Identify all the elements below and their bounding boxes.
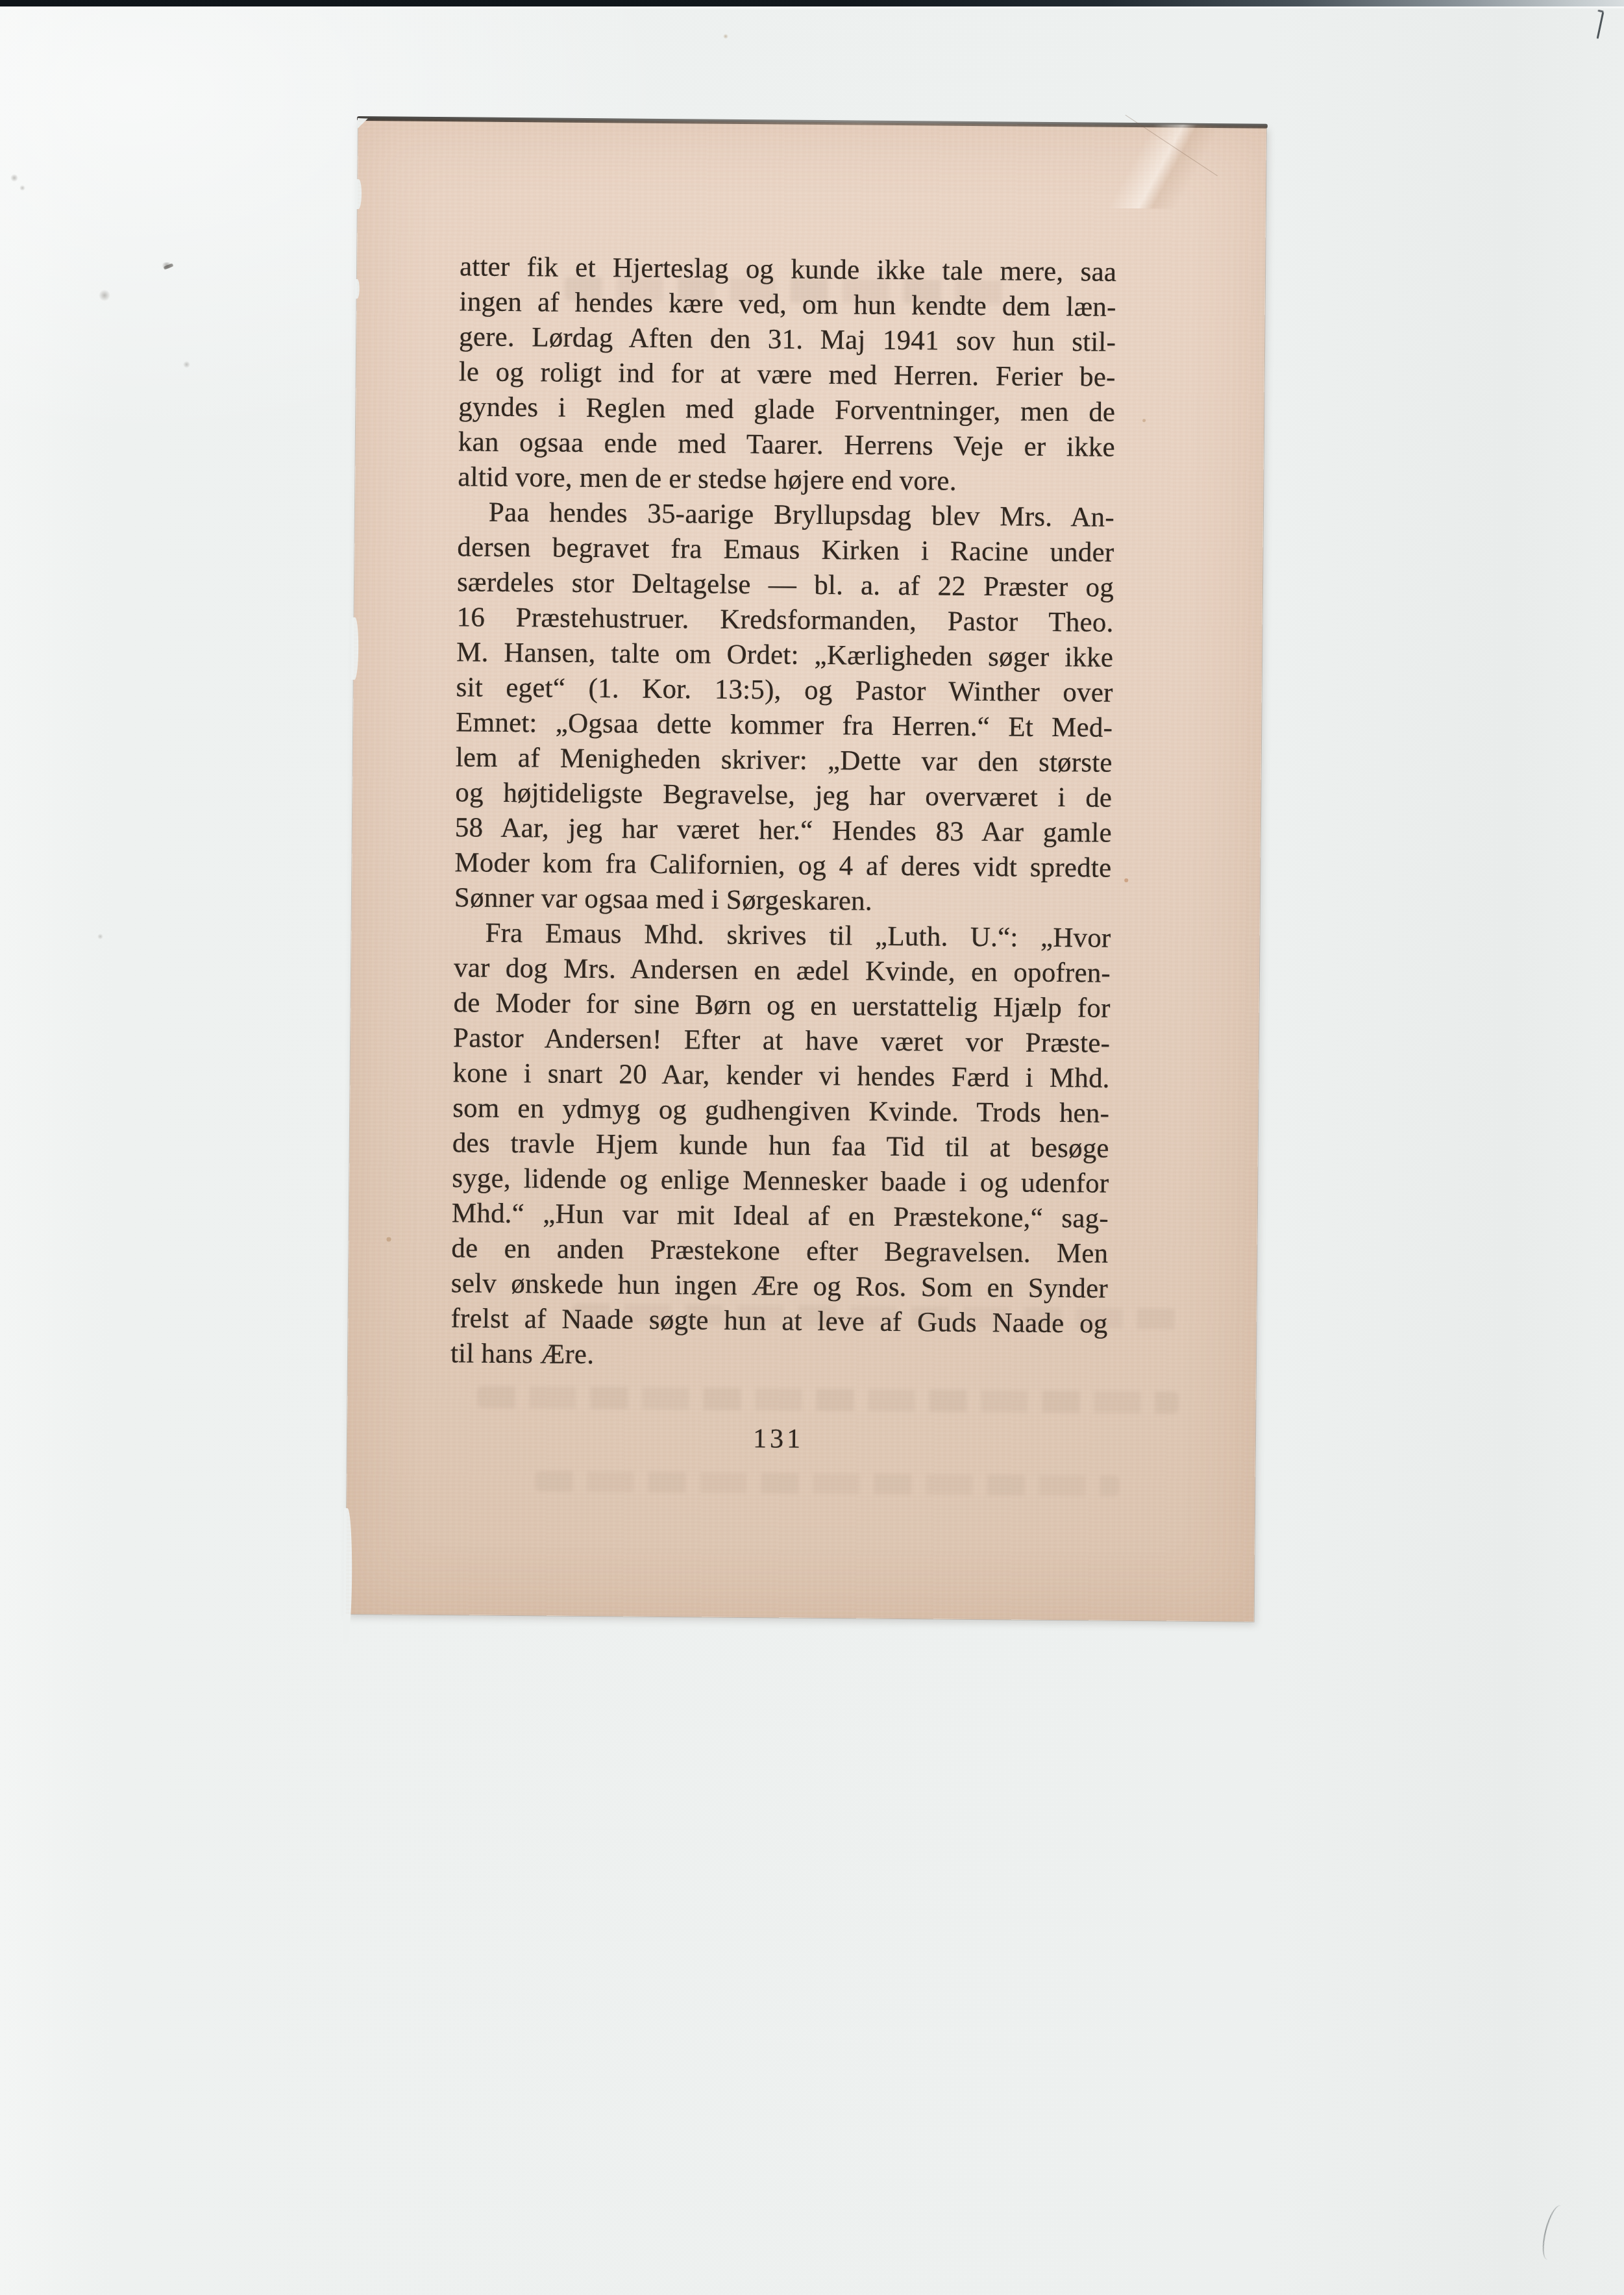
page-crease (1085, 123, 1241, 209)
torn-edge-notch (356, 179, 362, 209)
text-line: selv ønskede hun ingen Ære og Ros. Som e… (451, 1266, 1108, 1306)
hair-fiber (1538, 2203, 1569, 2262)
text-line: M. Hansen, talte om Ordet: „Kærligheden … (456, 635, 1113, 675)
text-line: altid vore, men de er stedse højere end … (458, 460, 1114, 500)
text-line: var dog Mrs. Andersen en ædel Kvinde, en… (454, 950, 1111, 991)
dust-speck (99, 290, 110, 301)
page-crease (1126, 115, 1218, 177)
text-line: Mhd.“ „Hun var mit Ideal af en Præstekon… (452, 1196, 1109, 1236)
text-line: og højtideligste Begravelse, jeg har ove… (455, 775, 1112, 815)
dust-speck (164, 263, 174, 269)
page-number: 131 (450, 1419, 1107, 1459)
paper-fleck (1142, 419, 1146, 422)
text-line: Moder kom fra Californien, og 4 af deres… (454, 845, 1111, 886)
scanner-background: atter fik et Hjerteslag og kunde ikke ta… (0, 0, 1624, 2295)
text-line: frelst af Naade søgte hun at leve af Gud… (450, 1301, 1107, 1341)
text-line: Sønner var ogsaa med i Sørgeskaren. (454, 880, 1111, 921)
bleedthrough-ghost (477, 1386, 1178, 1414)
text-line: gere. Lørdag Aften den 31. Maj 1941 sov … (459, 319, 1116, 360)
text-line: 16 Præstehustruer. Kredsformanden, Pasto… (456, 600, 1113, 640)
text-line: le og roligt ind for at være med Herren.… (459, 354, 1116, 395)
scanner-edge-mark (1597, 12, 1605, 39)
text-line: Emnet: „Ogsaa dette kommer fra Herren.“ … (456, 705, 1113, 745)
dust-speck (183, 361, 190, 368)
text-line: kone i snart 20 Aar, kender vi hendes Fæ… (452, 1056, 1109, 1096)
text-line: atter fik et Hjerteslag og kunde ikke ta… (460, 249, 1116, 290)
dust-speck (19, 185, 25, 191)
text-line: til hans Ære. (450, 1336, 1107, 1376)
dust-speck (10, 174, 18, 182)
paper-fleck (387, 1237, 391, 1241)
bleedthrough-ghost (535, 1470, 1119, 1496)
text-line: som en ydmyg og gudhengiven Kvinde. Trod… (452, 1091, 1109, 1131)
text-line: ingen af hendes kære ved, om hun kendte … (459, 284, 1116, 325)
text-line: Fra Emaus Mhd. skrives til „Luth. U.“: „… (454, 915, 1111, 956)
torn-edge-notch (343, 1508, 352, 1644)
text-line: 58 Aar, jeg har været her.“ Hendes 83 Aa… (455, 810, 1112, 850)
text-line: Paa hendes 35-aarige Bryllupsdag blev Mr… (458, 495, 1114, 535)
text-line: de en anden Præstekone efter Begravelsen… (451, 1231, 1108, 1271)
text-line: gyndes i Reglen med glade Forventninger,… (458, 390, 1115, 430)
text-line: kan ogsaa ende med Taarer. Herrens Veje … (458, 425, 1115, 465)
book-page: atter fik et Hjerteslag og kunde ikke ta… (346, 119, 1266, 1622)
torn-edge-notch (355, 279, 360, 299)
scanner-edge-strip (0, 0, 1624, 6)
dust-speck (97, 934, 103, 939)
page-text: atter fik et Hjerteslag og kunde ikke ta… (450, 249, 1116, 1376)
text-line: sit eget“ (1. Kor. 13:5), og Pastor Wint… (456, 670, 1113, 710)
text-line: lem af Menigheden skriver: „Dette var de… (456, 740, 1113, 780)
text-line: des travle Hjem kunde hun faa Tid til at… (452, 1126, 1109, 1166)
torn-edge-notch (351, 617, 359, 680)
paper-fleck (1124, 878, 1128, 882)
text-line: dersen begravet fra Emaus Kirken i Racin… (457, 530, 1114, 570)
text-line: Pastor Andersen! Efter at have været vor… (453, 1021, 1110, 1061)
text-line: særdeles stor Deltagelse — bl. a. af 22 … (457, 565, 1114, 605)
text-line: syge, lidende og enlige Mennesker baade … (452, 1161, 1109, 1201)
text-line: de Moder for sine Børn og en uerstatteli… (453, 986, 1110, 1026)
torn-corner (358, 118, 368, 129)
dust-speck (723, 34, 728, 39)
